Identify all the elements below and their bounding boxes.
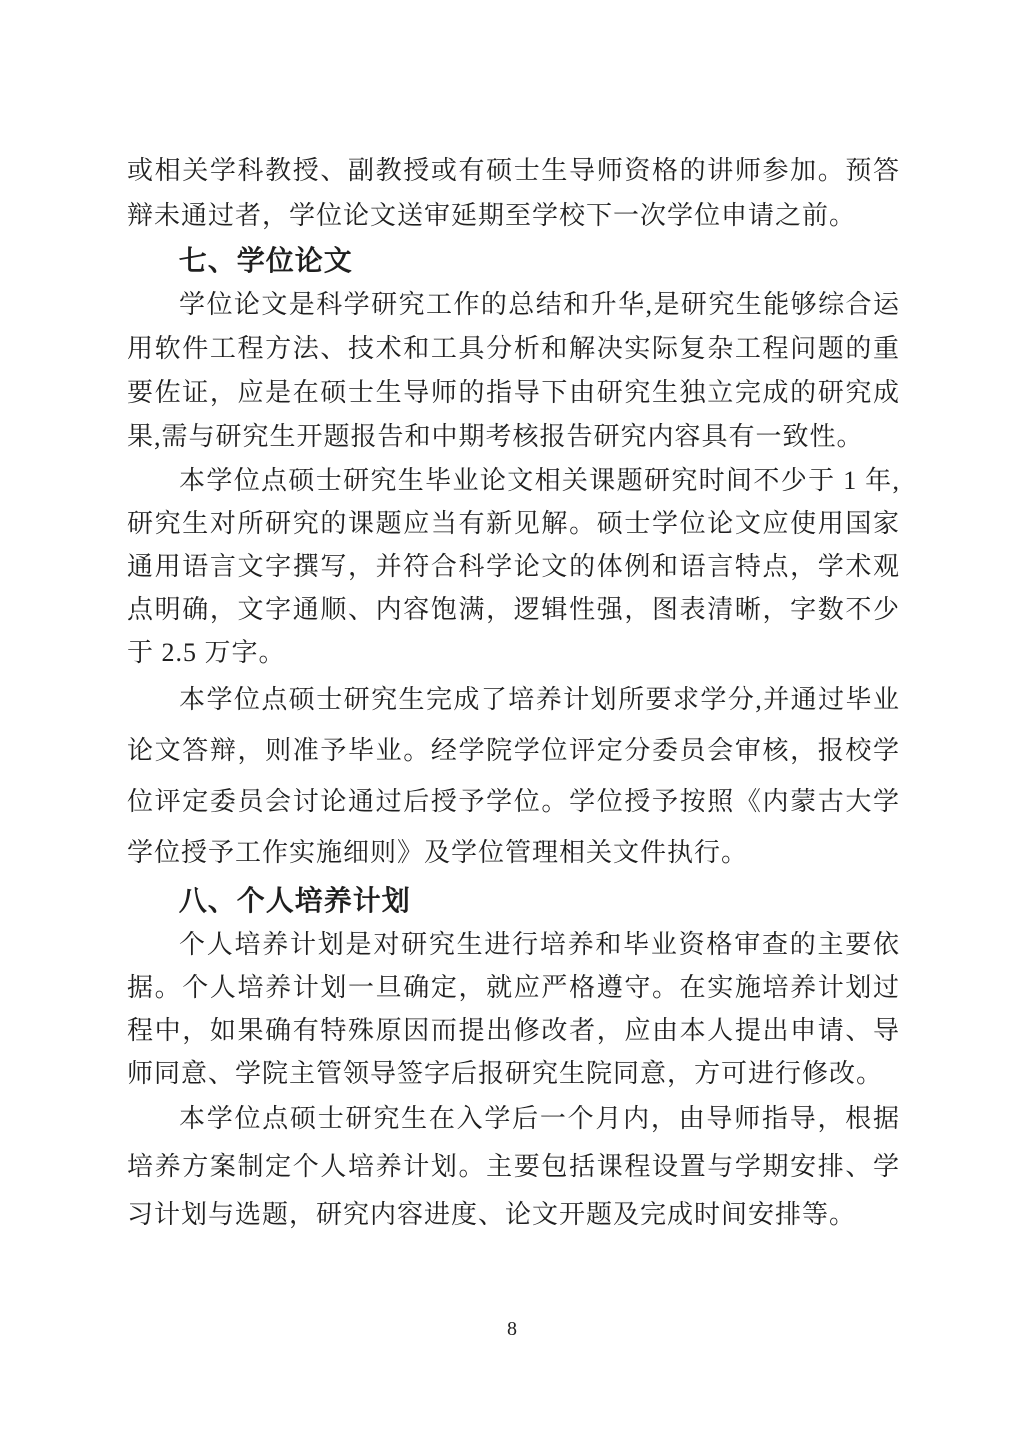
document-content: 或相关学科教授、副教授或有硕士生导师资格的讲师参加。预答辩未通过者，学位论文送审… (127, 148, 900, 1239)
section-heading-7-degree-thesis: 七、学位论文 (127, 238, 900, 283)
paragraph-thesis-definition: 学位论文是科学研究工作的总结和升华,是研究生能够综合运用软件工程方法、技术和工具… (127, 283, 900, 459)
page-number: 8 (0, 1318, 1024, 1341)
document-page: 或相关学科教授、副教授或有硕士生导师资格的讲师参加。预答辩未通过者，学位论文送审… (0, 0, 1024, 1448)
paragraph-continuation: 或相关学科教授、副教授或有硕士生导师资格的讲师参加。预答辩未通过者，学位论文送审… (127, 148, 900, 238)
paragraph-training-plan-basis: 个人培养计划是对研究生进行培养和毕业资格审查的主要依据。个人培养计划一旦确定，就… (127, 923, 900, 1095)
paragraph-thesis-requirements: 本学位点硕士研究生毕业论文相关课题研究时间不少于 1 年,研究生对所研究的课题应… (127, 459, 900, 674)
paragraph-degree-award: 本学位点硕士研究生完成了培养计划所要求学分,并通过毕业论文答辩，则准予毕业。经学… (127, 674, 900, 878)
paragraph-training-plan-content: 本学位点硕士研究生在入学后一个月内，由导师指导，根据培养方案制定个人培养计划。主… (127, 1095, 900, 1239)
section-heading-8-personal-training-plan: 八、个人培养计划 (127, 878, 900, 923)
